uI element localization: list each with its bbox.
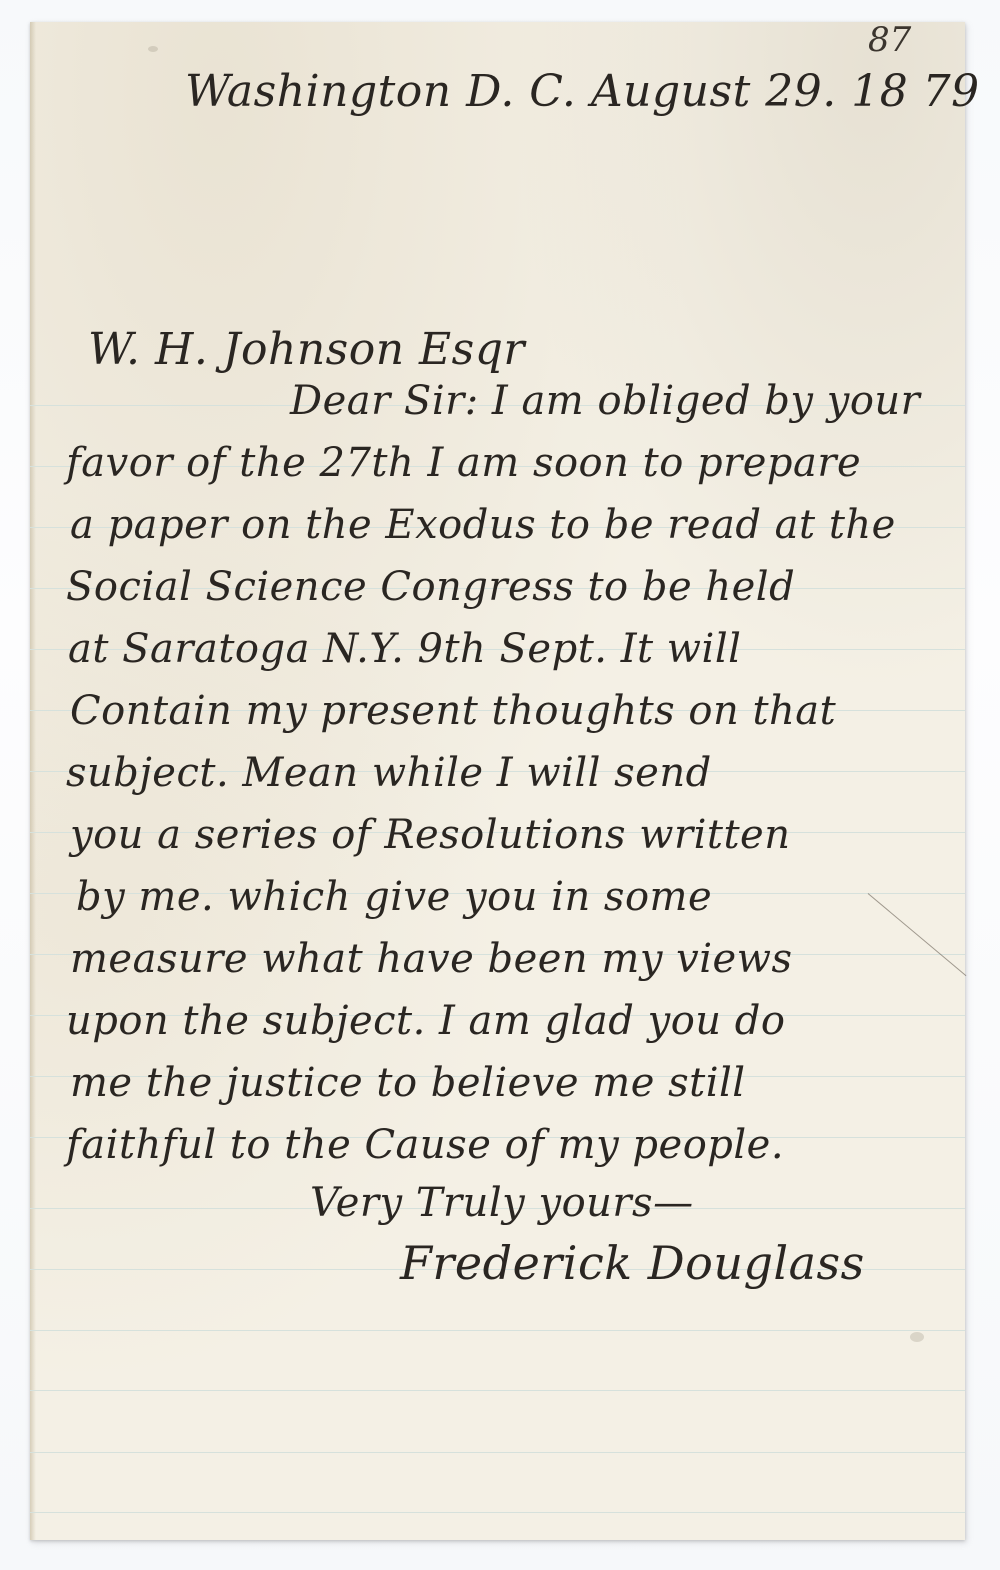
body-line: favor of the 27th I am soon to prepare [66, 440, 861, 486]
ruled-line [30, 1390, 965, 1391]
ruled-line [30, 1330, 965, 1331]
addressee: W. H. Johnson Esqr [88, 324, 525, 375]
body-line: at Saratoga N.Y. 9th Sept. It will [68, 626, 741, 672]
body-line: upon the subject. I am glad you do [66, 998, 785, 1044]
body-line: by me. which give you in some [76, 874, 712, 920]
body-line: Contain my present thoughts on that [70, 688, 836, 734]
dateline: Washington D. C. August 29. 18 79 [185, 66, 980, 117]
ruled-line [30, 1512, 965, 1513]
body-line: you a series of Resolutions written [70, 812, 791, 858]
body-line: a paper on the Exodus to be read at the [70, 502, 896, 548]
body-line: faithful to the Cause of my people. [66, 1122, 784, 1168]
body-line: subject. Mean while I will send [66, 750, 712, 796]
signature: Frederick Douglass [400, 1236, 865, 1290]
paper-smudge [910, 1332, 924, 1342]
body-line: measure what have been my views [70, 936, 792, 982]
closing: Very Truly yours— [310, 1180, 694, 1226]
body-line: me the justice to believe me still [70, 1060, 746, 1106]
ruled-line [30, 1452, 965, 1453]
body-line: Social Science Congress to be held [66, 564, 795, 610]
paper-smudge [148, 46, 158, 52]
body-line: Dear Sir: I am obliged by your [290, 378, 920, 424]
folio-number: 87 [868, 20, 911, 60]
